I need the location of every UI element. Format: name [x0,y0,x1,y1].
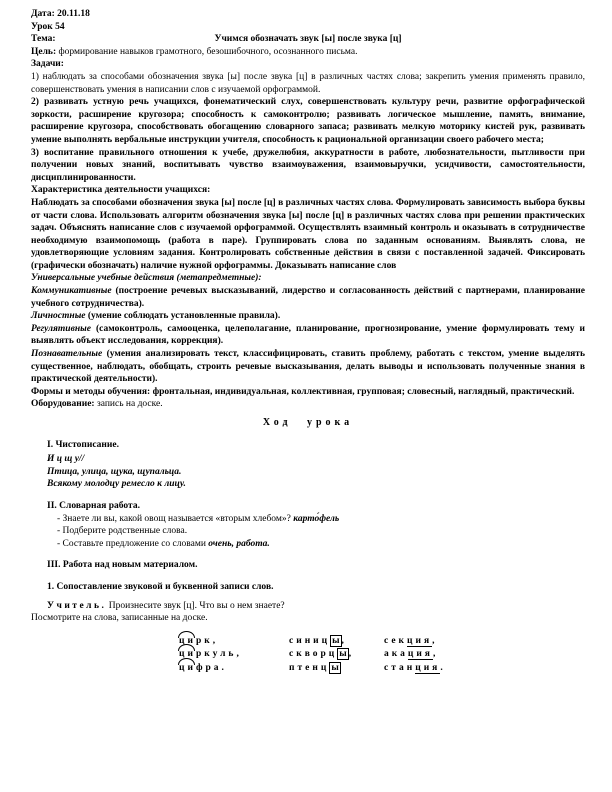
section3-title: III. Работа над новым материалом. [47,559,585,572]
board-column-y-ending: синицы, скворцы, птенцы [289,635,384,676]
teacher-question: Произнесите звук [ц]. Что вы о нем знает… [109,601,285,611]
forms-line: Формы и методы обучения: фронтальная, ин… [31,386,585,399]
task-1: 1) наблюдать за способами обозначения зв… [31,71,585,96]
vocab-answer: карто́фель [293,514,339,524]
goal-label: Цель: [31,47,56,57]
section1-title: I. Чистописание. [47,439,585,452]
board-word-akatsiya: акация, [384,648,446,662]
uud-regulative: Регулятивные (самоконтроль, самооценка, … [31,323,585,348]
board-word-ptentsy: птенцы [289,662,384,676]
uud-regulative-text: (самоконтроль, самооценка, целеполагание… [31,324,585,347]
board-word-tsirkul: циркуль, [179,648,289,662]
equipment-text: запись на доске. [95,399,163,409]
board-word-sektsiya: секция, [384,635,446,649]
board-column-tsiya-words: секция, акация, станция. [384,635,446,676]
box-mark: ы [329,662,340,674]
uud-label: Универсальные учебные действия (метапред… [31,272,585,285]
penmanship-proverb: Всякому молодцу ремесло к лицу. [47,478,585,491]
vocab-task-sentence: - Составьте предложение со словами очень… [57,538,585,551]
blackboard-words: цирк, циркуль, цифра. синицы, скворцы, п… [179,635,585,676]
teacher-instruction: Посмотрите на слова, записанные на доске… [31,612,585,625]
equipment-line: Оборудование: запись на доске. [31,398,585,411]
board-column-tsi-root: цирк, циркуль, цифра. [179,635,289,676]
section2-title: II. Словарная работа. [47,500,585,513]
section3-sub1: 1. Сопоставление звуковой и буквенной за… [47,581,585,594]
teacher-label: Учитель. [47,601,106,611]
task-2: 2) развивать устную речь учащихся, фонем… [31,96,585,146]
goal-text: формирование навыков грамотного, безошиб… [59,47,358,57]
forms-label: Формы и методы обучения: [31,387,150,397]
board-word-tsifra: цифра. [179,662,289,676]
uud-personal-name: Личностные [31,311,86,321]
penmanship-letters: И ц щ у// [47,453,585,466]
uud-personal-text: (умение соблюдать установленные правила)… [86,311,281,321]
date-value: 20.11.18 [57,9,90,19]
underline-mark: ция [407,636,432,647]
course-heading: Ход урока [31,417,585,430]
box-mark: ы [330,635,341,647]
uud-personal: Личностные (умение соблюдать установленн… [31,310,585,323]
tasks-label: Задачи: [31,58,585,71]
box-mark: ы [337,648,348,660]
underline-mark: ция [415,663,440,674]
board-word-stantsiya: станция. [384,662,446,676]
topic-label: Тема: [31,33,56,46]
characteristics-text: Наблюдать за способами обозначения звука… [31,197,585,273]
lesson-plan-page: Дата: 20.11.18 Урок 54 Тема: Учимся обоз… [0,0,612,792]
uud-communicative: Коммуникативные (построение речевых выск… [31,285,585,310]
characteristics-label: Характеристика деятельности учащихся: [31,184,585,197]
lesson-number: Урок 54 [31,21,585,34]
board-word-skvortsy: скворцы, [289,648,384,662]
uud-cognitive-text: (умения анализировать текст, классифицир… [31,349,585,384]
uud-communicative-name: Коммуникативные [31,286,112,296]
date-label: Дата: [31,9,55,19]
board-word-tsirk: цирк, [179,635,289,649]
uud-regulative-name: Регулятивные [31,324,91,334]
forms-text: фронтальная, индивидуальная, коллективна… [150,387,574,397]
goal-line: Цель: формирование навыков грамотного, б… [31,46,585,59]
underline-mark: ция [408,649,433,660]
vocab-task-related-words: - Подберите родственные слова. [57,525,585,538]
vocab-sentence-words: очень, работа. [208,539,269,549]
task-3: 3) воспитание правильного отношения к уч… [31,147,585,185]
penmanship-words: Птица, улица, щука, щупальца. [47,466,585,479]
topic-title: Учимся обозначать звук [ы] после звука [… [214,34,401,44]
uud-communicative-text: (построение речевых высказываний, лидерс… [31,286,585,309]
teacher-line: Учитель. Произнесите звук [ц]. Что вы о … [47,600,585,613]
topic-line: Тема: Учимся обозначать звук [ы] после з… [31,33,585,46]
uud-cognitive: Познавательные (умения анализировать тек… [31,348,585,386]
arc-mark: ци [179,662,196,676]
board-word-sinitsy: синицы, [289,635,384,649]
uud-cognitive-name: Познавательные [31,349,102,359]
equipment-label: Оборудование: [31,399,95,409]
vocab-question: - Знаете ли вы, какой овощ называется «в… [57,513,585,526]
date-line: Дата: 20.11.18 [31,8,585,21]
